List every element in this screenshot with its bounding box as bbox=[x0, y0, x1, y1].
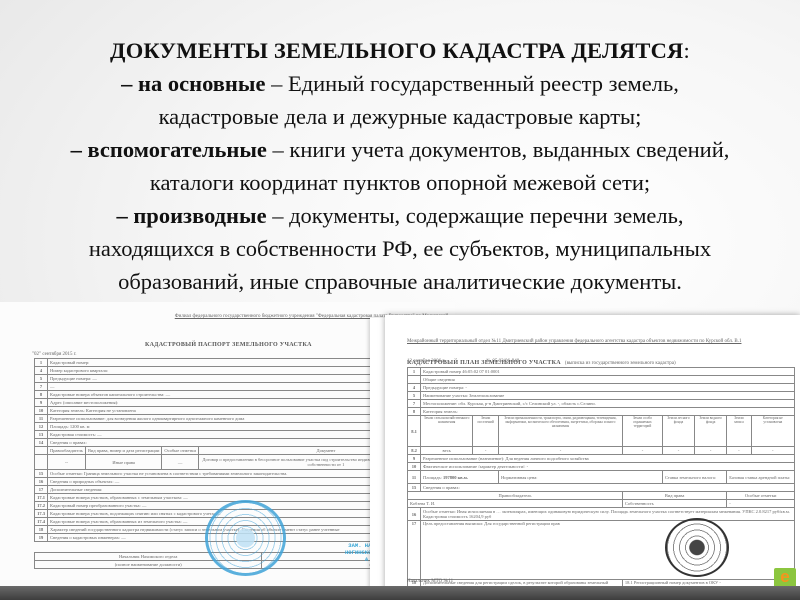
area-cell: Площадь: 197800 кв.м. bbox=[421, 471, 499, 484]
row-text: Сведения о правах: bbox=[421, 484, 795, 492]
row-number: 11 bbox=[35, 415, 48, 423]
land-category: Земли промышленности, транспорта, связи,… bbox=[498, 416, 622, 447]
table-row: Общие сведения bbox=[408, 376, 795, 384]
rights-header: Особые отметки bbox=[727, 492, 795, 500]
text-line: образований, иные справочные аналитическ… bbox=[0, 265, 800, 298]
row-number: 17.3 bbox=[35, 510, 48, 518]
row-number: 15 bbox=[35, 470, 48, 478]
rights-header: Вид права bbox=[622, 492, 726, 500]
row-number: 9 bbox=[35, 399, 48, 407]
rights-value: Иные права bbox=[85, 455, 161, 470]
table-row: 15Сведения о правах: bbox=[408, 484, 795, 492]
rent-rate-label: Базовая ставка арендной платы: bbox=[727, 471, 795, 484]
text-line-derived: – производные – документы, содержащие пе… bbox=[0, 199, 800, 232]
row-number: 17.2 bbox=[35, 502, 48, 510]
text-line: кадастровые дела и дежурные кадастровые … bbox=[0, 100, 800, 133]
slide-text: ДОКУМЕНТЫ ЗЕМЕЛЬНОГО КАДАСТРА ДЕЛЯТСЯ: –… bbox=[0, 34, 800, 298]
row-number: 1 bbox=[35, 359, 48, 367]
line-text: находящихся в собственности РФ, ее субъе… bbox=[89, 236, 711, 261]
row-number: 10 bbox=[35, 407, 48, 415]
row-number: 8 bbox=[408, 408, 421, 416]
doc-title-note: (выписка из государственного земельного … bbox=[565, 361, 676, 366]
bottom-shadow bbox=[0, 586, 800, 600]
table-row: 4Предыдущие номера: - bbox=[408, 384, 795, 392]
row-number: 5 bbox=[35, 375, 48, 383]
row-text: Кадастровый номер 46:05:02 07 01:0001 bbox=[421, 368, 795, 376]
table-row: 5Наименование участка: Землепользование bbox=[408, 392, 795, 400]
row-text: Местоположение: обл. Курская, р-н Дмитри… bbox=[421, 400, 795, 408]
plan-table: 1Кадастровый номер 46:05:02 07 01:0001Об… bbox=[407, 367, 795, 593]
doc-date: "02" сентября 2015 г. bbox=[32, 352, 77, 357]
row-number: 19 bbox=[35, 534, 48, 542]
rights-value: -- bbox=[48, 455, 86, 470]
term-auxiliary: – вспомогательные bbox=[71, 137, 267, 162]
title-text: ДОКУМЕНТЫ ЗЕМЕЛЬНОГО КАДАСТРА ДЕЛЯТСЯ bbox=[110, 38, 683, 63]
row-number: 13 bbox=[35, 431, 48, 439]
area-value: 197800 кв.м. bbox=[443, 475, 468, 480]
land-tax-label: Ставка земельного налога: bbox=[662, 471, 726, 484]
land-category: Земли водного фонда bbox=[695, 416, 727, 447]
row-number: 4 bbox=[408, 384, 421, 392]
rights-value: Собственность bbox=[622, 500, 726, 508]
row-number: 12 bbox=[35, 423, 48, 431]
term-main: – на основные bbox=[121, 71, 265, 96]
area-label: Площадь: bbox=[423, 475, 442, 480]
term-derived: – производные bbox=[116, 203, 266, 228]
cadastral-plan-image: Межрайонный территориальный отдел №11 Дм… bbox=[385, 315, 800, 593]
row-number: 4 bbox=[35, 367, 48, 375]
land-category-value: - bbox=[473, 447, 499, 455]
rights-value: — bbox=[162, 455, 199, 470]
doc-date: 12 октября 2006 г. bbox=[407, 359, 445, 364]
land-category: Земли поселений bbox=[473, 416, 499, 447]
line-text: – документы, содержащие перечни земель, bbox=[267, 203, 684, 228]
row-number: 1 bbox=[408, 368, 421, 376]
table-row: 11Площадь: 197800 кв.м.Нормативная цена:… bbox=[408, 471, 795, 484]
line-text: – книги учета документов, выданных сведе… bbox=[267, 137, 729, 162]
land-category: Земли запаса bbox=[727, 416, 751, 447]
land-category-value: - bbox=[498, 447, 622, 455]
rights-header-row: ПравообладательВид праваОсобые отметки bbox=[408, 492, 795, 500]
table-row: 8Категория земель: bbox=[408, 408, 795, 416]
row-number: 5 bbox=[408, 392, 421, 400]
row-text: Предыдущие номера: - bbox=[421, 384, 795, 392]
text-line: каталоги координат пунктов опорной межев… bbox=[0, 166, 800, 199]
row-number: 7 bbox=[35, 383, 48, 391]
row-number: 18 bbox=[35, 526, 48, 534]
official-stamp-black bbox=[665, 518, 729, 577]
line-text: образований, иные справочные аналитическ… bbox=[118, 269, 682, 294]
title-colon: : bbox=[684, 38, 690, 63]
row-text: Цель предоставления выписки: Для государ… bbox=[421, 521, 795, 580]
line-text: каталоги координат пунктов опорной межев… bbox=[150, 170, 650, 195]
land-category-value: - bbox=[751, 447, 794, 455]
text-line-auxiliary: – вспомогательные – книги учета документ… bbox=[0, 133, 800, 166]
land-category: Земли лесного фонда bbox=[662, 416, 694, 447]
text-line-main: – на основные – Единый государственный р… bbox=[0, 67, 800, 100]
doc-title: КАДАСТРОВЫЙ ПАСПОРТ ЗЕМЕЛЬНОГО УЧАСТКА bbox=[145, 342, 312, 348]
rights-header: Правообладатель bbox=[48, 447, 86, 455]
row-number: 17.4 bbox=[35, 518, 48, 526]
text-line: находящихся в собственности РФ, ее субъе… bbox=[0, 232, 800, 265]
row-text: Особые отметки: Иная исчисляемая в … экз… bbox=[421, 508, 795, 521]
row-number: 16 bbox=[35, 478, 48, 486]
land-category-header-row: 8.1Земли сельскохозяйственного назначени… bbox=[408, 416, 795, 447]
land-category: Категория не установлена bbox=[751, 416, 794, 447]
row-number: 17 bbox=[35, 486, 48, 494]
land-category-value: - bbox=[695, 447, 727, 455]
table-row: 9Разрешенное использование (назначение):… bbox=[408, 455, 795, 463]
row-text: Категория земель: bbox=[421, 408, 795, 416]
row-number: 8 bbox=[35, 391, 48, 399]
land-category-value: - bbox=[662, 447, 694, 455]
rights-header: Вид права, номер и дата регистрации bbox=[85, 447, 161, 455]
land-category-value: весь bbox=[421, 447, 473, 455]
logo-letter: e bbox=[774, 568, 796, 586]
table-row: 10Фактическое использование /характер де… bbox=[408, 463, 795, 471]
rights-value: - bbox=[727, 500, 795, 508]
table-row: 1Кадастровый номер 46:05:02 07 01:0001 bbox=[408, 368, 795, 376]
table-row: 7Местоположение: обл. Курская, р-н Дмитр… bbox=[408, 400, 795, 408]
doc-number: № 05.03/06-940 bbox=[486, 359, 519, 364]
doc-header: Межрайонный территориальный отдел №11 Дм… bbox=[407, 339, 741, 344]
row-text: Наименование участка: Землепользование bbox=[421, 392, 795, 400]
row-number: 14 bbox=[35, 439, 48, 447]
row-number bbox=[408, 376, 421, 384]
table-row: 17Цель предоставления выписки: Для госуд… bbox=[408, 521, 795, 580]
table-row: 16Особые отметки: Иная исчисляемая в … э… bbox=[408, 508, 795, 521]
row-number: 17.1 bbox=[35, 494, 48, 502]
row-text: Фактическое использование /характер деят… bbox=[421, 463, 795, 471]
rights-value-row: Кобзева Т. И.Собственность- bbox=[408, 500, 795, 508]
land-category-value: - bbox=[622, 447, 662, 455]
slide-title: ДОКУМЕНТЫ ЗЕМЕЛЬНОГО КАДАСТРА ДЕЛЯТСЯ: bbox=[0, 34, 800, 67]
official-stamp-blue bbox=[205, 500, 286, 576]
row-number: 7 bbox=[408, 400, 421, 408]
doc-footer: Начальник МТО №11 bbox=[407, 579, 453, 584]
norm-price-label: Нормативная цена: bbox=[498, 471, 662, 484]
land-category: Земли сельскохозяйственного назначения bbox=[421, 416, 473, 447]
row-text: Разрешенное использование (назначение): … bbox=[421, 455, 795, 463]
rights-header: Правообладатель bbox=[408, 492, 623, 500]
line-text: кадастровые дела и дежурные кадастровые … bbox=[159, 104, 642, 129]
rights-value: Кобзева Т. И. bbox=[408, 500, 623, 508]
doc-date-line: 12 октября 2006 г. № 05.03/06-940 bbox=[407, 359, 519, 364]
land-category: Земли особо охраняемых территорий bbox=[622, 416, 662, 447]
land-category-value-row: 8.2весь------- bbox=[408, 447, 795, 455]
row-text: Общие сведения bbox=[421, 376, 795, 384]
land-category-value: - bbox=[727, 447, 751, 455]
rights-header: Особые отметки bbox=[162, 447, 199, 455]
line-text: – Единый государственный реестр земель, bbox=[265, 71, 678, 96]
